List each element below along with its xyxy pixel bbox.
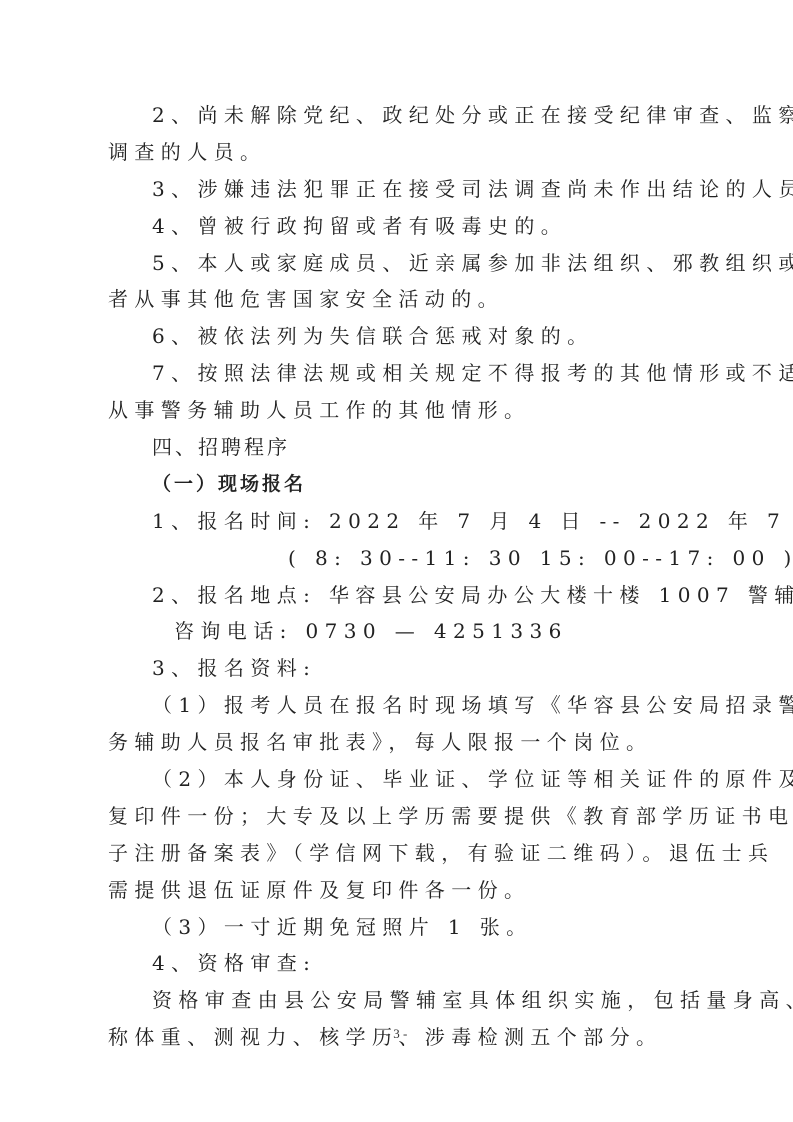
list-item-5: 5、本人或家庭成员、近亲属参加非法组织、邪教组织或 [108, 245, 694, 282]
material-1-cont: 务辅助人员报名审批表》，每人限报一个岗位。 [108, 724, 694, 761]
list-item-2: 2、尚未解除党纪、政纪处分或正在接受纪律审查、监察 [108, 97, 694, 134]
materials-heading: 3、报名资料: [108, 650, 694, 687]
material-1: （1）报考人员在报名时现场填写《华容县公安局招录警 [108, 687, 694, 724]
list-item-2-cont: 调查的人员。 [108, 134, 694, 171]
document-body: 2、尚未解除党纪、政纪处分或正在接受纪律审查、监察 调查的人员。 3、涉嫌违法犯… [108, 97, 694, 1056]
registration-hours: ( 8: 30--11: 30 15: 00--17: 00 ) [108, 540, 694, 577]
registration-location: 2、报名地点: 华容县公安局办公大楼十楼 1007 警辅室 [108, 577, 694, 614]
list-item-3: 3、涉嫌违法犯罪正在接受司法调查尚未作出结论的人员。 [108, 171, 694, 208]
registration-time: 1、报名时间: 2022 年 7 月 4 日 -- 2022 年 7 月 12 … [108, 503, 694, 540]
list-item-4: 4、曾被行政拘留或者有吸毒史的。 [108, 208, 694, 245]
list-item-7-cont: 从事警务辅助人员工作的其他情形。 [108, 392, 694, 429]
subsection-heading: （一）现场报名 [108, 466, 694, 503]
material-2-cont-3: 需提供退伍证原件及复印件各一份。 [108, 872, 694, 909]
contact-phone: 咨询电话: 0730 — 4251336 [108, 613, 694, 650]
section-heading: 四、招聘程序 [108, 429, 694, 466]
list-item-7: 7、按照法律法规或相关规定不得报考的其他情形或不适宜 [108, 355, 694, 392]
list-item-6: 6、被依法列为失信联合惩戒对象的。 [108, 318, 694, 355]
page-number: - 3 - [0, 1026, 793, 1042]
material-2-cont-1: 复印件一份；大专及以上学历需要提供《教育部学历证书电 [108, 798, 694, 835]
qualification-text: 资格审查由县公安局警辅室具体组织实施，包括量身高、 [108, 982, 694, 1019]
list-item-5-cont: 者从事其他危害国家安全活动的。 [108, 281, 694, 318]
material-2-cont-2: 子注册备案表》（学信网下载，有验证二维码）。退伍士兵 [108, 835, 694, 872]
material-2: （2）本人身份证、毕业证、学位证等相关证件的原件及 [108, 761, 694, 798]
material-3: （3）一寸近期免冠照片 1 张。 [108, 909, 694, 946]
qualification-heading: 4、资格审查: [108, 945, 694, 982]
